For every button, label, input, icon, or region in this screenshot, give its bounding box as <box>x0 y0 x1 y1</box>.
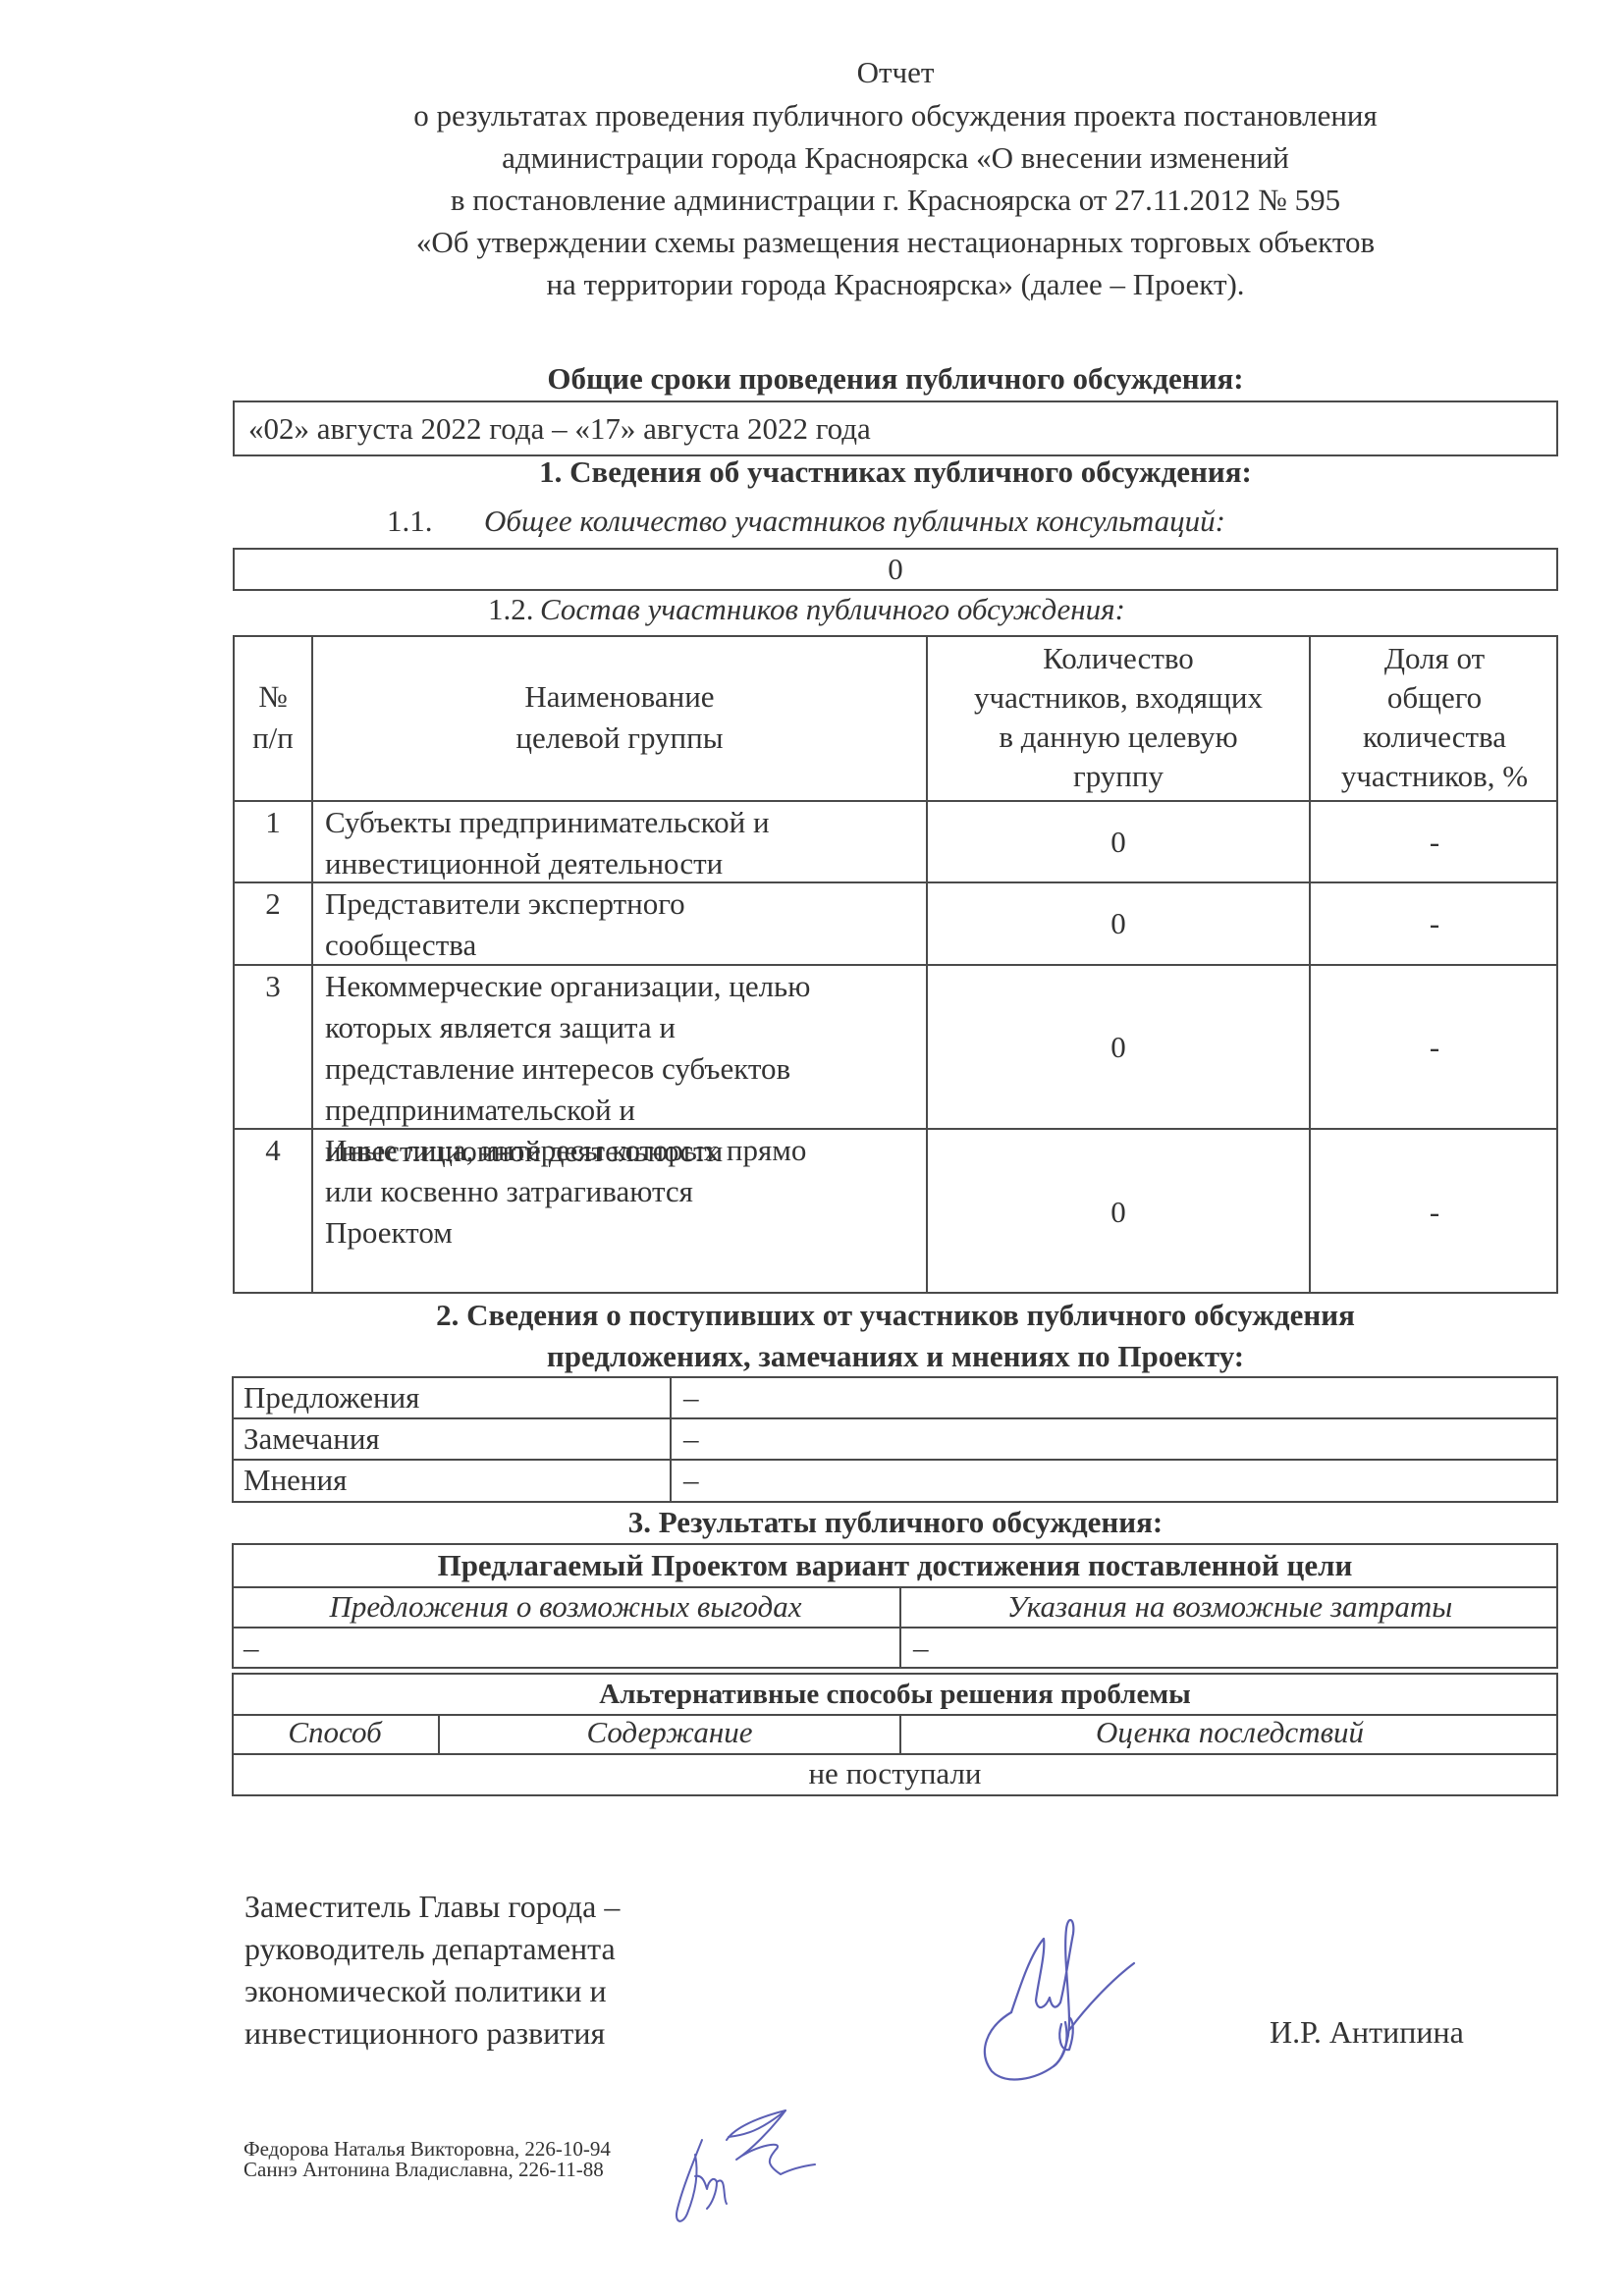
document-subtitle-line: о результатах проведения публичного обсу… <box>232 98 1559 133</box>
row2-share: - <box>1311 883 1558 964</box>
feedback-value-proposals: – <box>683 1377 699 1418</box>
row4-name: Иные лица, интересы которых прямо или ко… <box>325 1130 924 1254</box>
document-title: Отчет <box>232 55 1559 90</box>
header-count-line: в данную целевую <box>999 718 1237 757</box>
row4-share: - <box>1311 1130 1558 1294</box>
header-name: Наименование целевой группы <box>313 635 926 800</box>
benefits-value: – <box>244 1628 259 1669</box>
feedback-value-opinions: – <box>683 1460 699 1501</box>
row2-num: 2 <box>233 883 313 925</box>
section2-heading-line2: предложениях, замечаниях и мнениях по Пр… <box>232 1339 1559 1374</box>
row4-name-line: или косвенно затрагиваются <box>325 1171 924 1212</box>
header-num: № п/п <box>233 635 313 800</box>
document-subtitle-line: администрации города Красноярска «О внес… <box>232 140 1559 176</box>
header-share-line: общего <box>1387 678 1482 718</box>
header-count: Количество участников, входящих в данную… <box>928 635 1309 800</box>
feedback-label-proposals: Предложения <box>244 1377 419 1418</box>
signer-position-line: экономической политики и <box>244 1971 607 2010</box>
participants-table: № п/п Наименование целевой группы Количе… <box>233 635 1558 1294</box>
row1-name-line: инвестиционной деятельности <box>325 843 924 884</box>
period-heading: Общие сроки проведения публичного обсужд… <box>232 361 1559 397</box>
contact-line: Саннэ Антонина Владиславна, 226-11-88 <box>244 2157 604 2182</box>
total-participants-value: 0 <box>235 552 1556 587</box>
row1-name-line: Субъекты предпринимательской и <box>325 802 924 843</box>
row3-num: 3 <box>233 966 313 1007</box>
header-share: Доля от общего количества участников, % <box>1311 635 1558 800</box>
header-count-line: участников, входящих <box>974 678 1263 718</box>
alternatives-table: Альтернативные способы решения проблемы … <box>232 1673 1558 1796</box>
row4-num: 4 <box>233 1130 313 1171</box>
header-share-line: участников, % <box>1341 757 1528 796</box>
row2-name: Представители экспертного сообщества <box>325 883 924 966</box>
section2-heading-line1: 2. Сведения о поступивших от участников … <box>232 1298 1559 1333</box>
document-subtitle-line: в постановление администрации г. Красноя… <box>232 183 1559 218</box>
header-name-line: Наименование <box>524 676 714 718</box>
row2-count: 0 <box>928 883 1309 964</box>
consequences-header: Оценка последствий <box>901 1712 1558 1753</box>
row4-count: 0 <box>928 1130 1309 1294</box>
header-count-line: Количество <box>1043 639 1194 678</box>
row-divider <box>232 1417 1558 1419</box>
section1-sub2-label: Состав участников публичного обсуждения: <box>540 592 1125 627</box>
total-participants-box: 0 <box>233 548 1558 591</box>
signer-position-line: Заместитель Главы города – <box>244 1887 620 1926</box>
section1-sub2-number: 1.2. <box>488 592 534 627</box>
signer-name: И.Р. Антипина <box>1270 2012 1464 2052</box>
section1-sub1-number: 1.1. <box>387 504 433 539</box>
table-border <box>232 1376 1558 1503</box>
row4-name-line: Проектом <box>325 1212 924 1254</box>
header-num-line: № <box>258 676 288 718</box>
row1-count: 0 <box>928 802 1309 881</box>
row3-name-line: Некоммерческие организации, целью <box>325 966 924 1007</box>
header-num-line: п/п <box>252 718 294 759</box>
section1-heading: 1. Сведения об участниках публичного обс… <box>232 454 1559 490</box>
feedback-table: Предложения – Замечания – Мнения – <box>232 1376 1558 1503</box>
feedback-label-opinions: Мнения <box>244 1460 347 1501</box>
row2-name-line: Представители экспертного <box>325 883 924 925</box>
row4-name-line: Иные лица, интересы которых прямо <box>325 1130 924 1171</box>
proposed-title: Предлагаемый Проектом вариант достижения… <box>232 1545 1558 1586</box>
document-subtitle-line: на территории города Красноярска» (далее… <box>232 267 1559 302</box>
signer-position-line: инвестиционного развития <box>244 2013 605 2053</box>
section1-sub1-label: Общее количество участников публичных ко… <box>484 504 1225 539</box>
signature-main-icon <box>967 1914 1164 2086</box>
method-header: Способ <box>232 1712 438 1753</box>
header-name-line: целевой группы <box>515 718 723 759</box>
costs-value: – <box>913 1628 929 1669</box>
feedback-label-remarks: Замечания <box>244 1418 380 1460</box>
row1-name: Субъекты предпринимательской и инвестици… <box>325 802 924 884</box>
row3-count: 0 <box>928 966 1309 1128</box>
column-divider <box>670 1376 672 1503</box>
alternatives-value: не поступали <box>232 1753 1558 1794</box>
costs-header: Указания на возможные затраты <box>901 1586 1558 1628</box>
header-share-line: Доля от <box>1384 639 1485 678</box>
benefits-header: Предложения о возможных выгодах <box>232 1586 899 1628</box>
row1-share: - <box>1311 802 1558 881</box>
period-value: «02» августа 2022 года – «17» августа 20… <box>248 411 871 447</box>
content-header: Содержание <box>440 1712 899 1753</box>
signature-initials-icon <box>658 2106 844 2233</box>
row3-name-line: представление интересов субъектов <box>325 1048 924 1090</box>
row3-share: - <box>1311 966 1558 1128</box>
signer-position-line: руководитель департамента <box>244 1929 616 1968</box>
header-count-line: группу <box>1073 757 1164 796</box>
alternatives-title: Альтернативные способы решения проблемы <box>232 1674 1558 1715</box>
row-divider <box>232 1459 1558 1461</box>
document-subtitle-line: «Об утверждении схемы размещения нестаци… <box>232 225 1559 260</box>
row1-num: 1 <box>233 802 313 843</box>
section3-heading: 3. Результаты публичного обсуждения: <box>232 1505 1559 1540</box>
feedback-value-remarks: – <box>683 1418 699 1460</box>
period-box: «02» августа 2022 года – «17» августа 20… <box>233 400 1558 456</box>
row3-name-line: предпринимательской и <box>325 1090 924 1131</box>
row2-name-line: сообщества <box>325 925 924 966</box>
header-share-line: количества <box>1363 718 1506 757</box>
row3-name-line: которых является защита и <box>325 1007 924 1048</box>
proposed-option-table: Предлагаемый Проектом вариант достижения… <box>232 1543 1558 1669</box>
